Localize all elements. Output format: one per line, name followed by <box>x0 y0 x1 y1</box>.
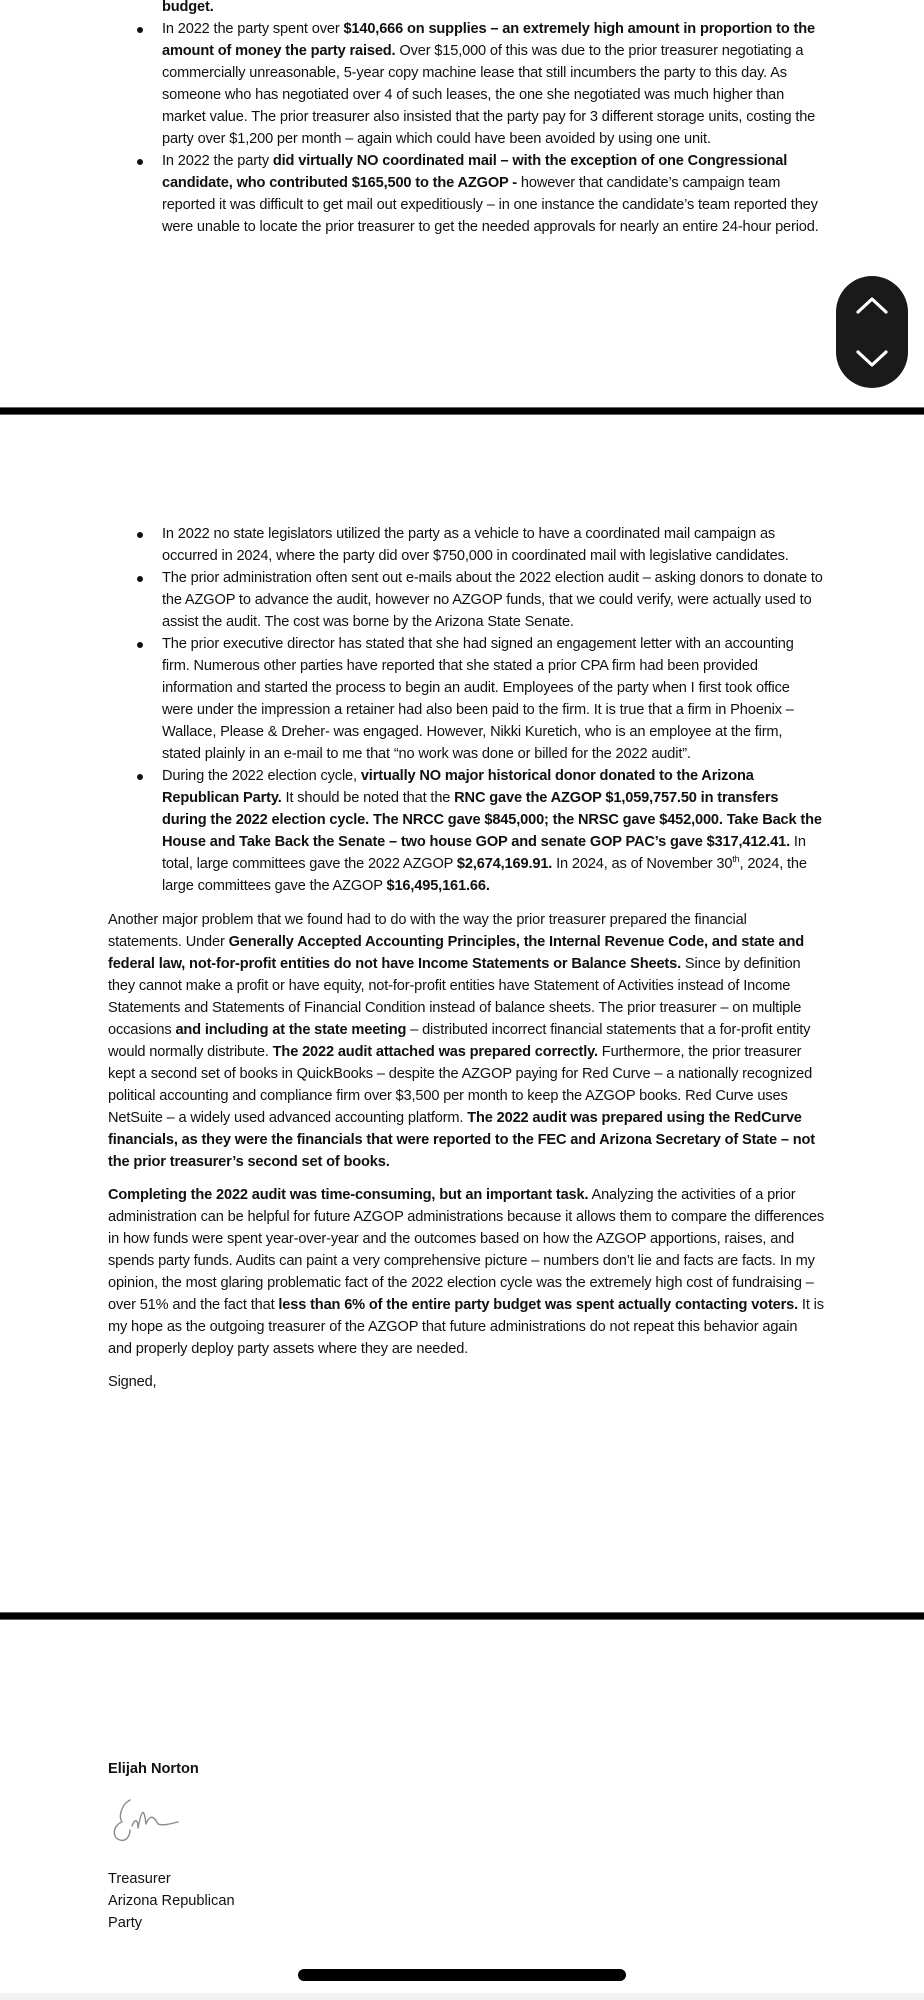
page-2-bullet-list: In 2022 no state legislators utilized th… <box>108 523 824 897</box>
page-1-bullet-list: In 2022 the party spent over $140,666 on… <box>108 18 824 238</box>
bold-text-run: and including at the state meeting <box>175 1022 406 1038</box>
text-run: The prior executive director has stated … <box>162 636 794 762</box>
chevron-up-icon <box>855 295 889 315</box>
signer-organization: Arizona Republican <box>108 1890 235 1912</box>
signer-name: Elijah Norton <box>108 1758 199 1780</box>
page-break-separator <box>0 1612 924 1620</box>
scroll-down-button[interactable] <box>850 344 894 374</box>
page-scroll-control <box>836 276 908 388</box>
page-2-paragraphs: Another major problem that we found had … <box>108 909 824 1393</box>
leading-fragment: budget. <box>108 0 824 18</box>
body-paragraph: Another major problem that we found had … <box>108 909 824 1173</box>
text-run: Signed, <box>108 1374 156 1390</box>
bold-text-run: $2,674,169.91. <box>457 856 552 872</box>
bullet-item: In 2022 the party did virtually NO coord… <box>108 150 824 238</box>
text-run: In 2022 no state legislators utilized th… <box>162 526 789 564</box>
chevron-down-icon <box>855 349 889 369</box>
text-run: In 2024, as of November 30 <box>552 856 732 872</box>
text-run: In 2022 the party <box>162 153 273 169</box>
bullet-item: During the 2022 election cycle, virtuall… <box>108 765 824 897</box>
page-1-content: budget. In 2022 the party spent over $14… <box>108 0 824 238</box>
page-2-content: In 2022 no state legislators utilized th… <box>108 523 824 1404</box>
text-run: During the 2022 election cycle, <box>162 768 361 784</box>
bold-text-run: The 2022 audit attached was prepared cor… <box>273 1044 598 1060</box>
closing-salutation: Signed, <box>108 1371 824 1393</box>
bold-text-run: $16,495,161.66. <box>386 878 489 894</box>
text-run: The prior administration often sent out … <box>162 570 823 630</box>
home-indicator-bar[interactable] <box>298 1969 626 1981</box>
text-run: In 2022 the party spent over <box>162 21 343 37</box>
handwritten-signature-icon <box>108 1786 228 1846</box>
body-paragraph: Completing the 2022 audit was time-consu… <box>108 1184 824 1360</box>
signer-organization-cont: Party <box>108 1912 235 1934</box>
bottom-edge <box>0 1993 924 2000</box>
scroll-up-button[interactable] <box>850 290 894 320</box>
text-run: Analyzing the activities of a prior admi… <box>108 1187 824 1313</box>
bullet-item: In 2022 no state legislators utilized th… <box>108 523 824 567</box>
text-run: th <box>732 854 739 864</box>
bold-text-run: less than 6% of the entire party budget … <box>278 1297 798 1313</box>
signer-role: Treasurer <box>108 1868 235 1890</box>
bullet-item: In 2022 the party spent over $140,666 on… <box>108 18 824 150</box>
bullet-item: The prior executive director has stated … <box>108 633 824 765</box>
bold-text-run: Completing the 2022 audit was time-consu… <box>108 1187 588 1203</box>
text-run: It should be noted that the <box>282 790 455 806</box>
signer-title: Treasurer Arizona Republican Party <box>108 1868 235 1934</box>
signer-block: Elijah Norton <box>108 1758 199 1780</box>
bullet-item: The prior administration often sent out … <box>108 567 824 633</box>
page-break-separator <box>0 407 924 415</box>
